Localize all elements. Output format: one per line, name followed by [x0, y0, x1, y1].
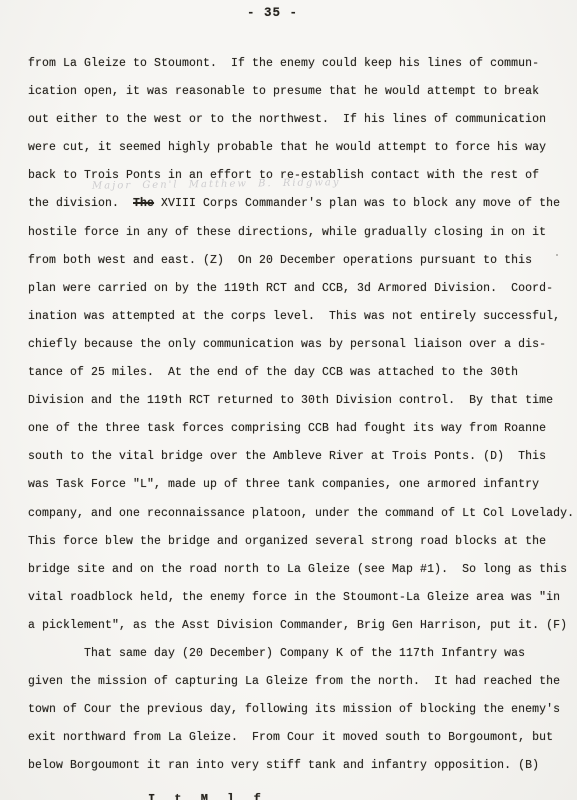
- text-line: ination was attempted at the corps level…: [28, 303, 570, 331]
- document-page: - 35 - Major Gen'l Matthew B. Ridgway fr…: [0, 0, 577, 800]
- text-line: was Task Force "L", made up of three tan…: [28, 471, 570, 499]
- body-text: from La Gleize to Stoumont. If the enemy…: [28, 50, 570, 780]
- line-segment: That same day (20 December) Company K of…: [28, 647, 525, 660]
- line-segment: This force blew the bridge and organized…: [28, 535, 546, 548]
- text-line: company, and one reconnaissance platoon,…: [28, 500, 570, 528]
- text-line: below Borgoumont it ran into very stiff …: [28, 752, 570, 780]
- line-segment: plan were carried on by the 119th RCT an…: [28, 282, 553, 295]
- line-segment: the division.: [28, 197, 133, 210]
- text-line: one of the three task forces comprising …: [28, 415, 570, 443]
- text-line: That same day (20 December) Company K of…: [28, 640, 570, 668]
- line-segment: ication open, it was reasonable to presu…: [28, 85, 539, 98]
- text-line: from La Gleize to Stoumont. If the enemy…: [28, 50, 570, 78]
- line-segment: one of the three task forces comprising …: [28, 422, 546, 435]
- line-segment: vital roadblock held, the enemy force in…: [28, 591, 560, 604]
- line-segment: was Task Force "L", made up of three tan…: [28, 478, 539, 491]
- line-segment: south to the vital bridge over the Amble…: [28, 450, 546, 463]
- text-line: given the mission of capturing La Gleize…: [28, 668, 570, 696]
- line-segment: hostile force in any of these directions…: [28, 226, 546, 239]
- line-segment: from both west and east. (Z) On 20 Decem…: [28, 254, 532, 267]
- text-line: from both west and east. (Z) On 20 Decem…: [28, 247, 570, 275]
- line-segment: tance of 25 miles. At the end of the day…: [28, 366, 518, 379]
- text-line: chiefly because the only communication w…: [28, 331, 570, 359]
- text-line: hostile force in any of these directions…: [28, 219, 570, 247]
- cutoff-line-fragment: I t M l f: [148, 792, 267, 800]
- text-line: a picklement", as the Asst Division Comm…: [28, 612, 570, 640]
- line-segment: from La Gleize to Stoumont. If the enemy…: [28, 57, 539, 70]
- line-segment: below Borgoumont it ran into very stiff …: [28, 759, 539, 772]
- text-line: This force blew the bridge and organized…: [28, 528, 570, 556]
- text-line: were cut, it seemed highly probable that…: [28, 134, 570, 162]
- line-segment: chiefly because the only communication w…: [28, 338, 546, 351]
- text-line: exit northward from La Gleize. From Cour…: [28, 724, 570, 752]
- text-line: out either to the west or to the northwe…: [28, 106, 570, 134]
- text-line: tance of 25 miles. At the end of the day…: [28, 359, 570, 387]
- line-segment: bridge site and on the road north to La …: [28, 563, 567, 576]
- page-number: - 35 -: [0, 6, 561, 20]
- line-segment: were cut, it seemed highly probable that…: [28, 141, 546, 154]
- line-segment: Division and the 119th RCT returned to 3…: [28, 394, 553, 407]
- line-segment: out either to the west or to the northwe…: [28, 113, 546, 126]
- text-line: town of Cour the previous day, following…: [28, 696, 570, 724]
- line-segment: XVIII Corps Commander's plan was to bloc…: [154, 197, 560, 210]
- text-line: south to the vital bridge over the Amble…: [28, 443, 570, 471]
- line-segment: back to Trois Ponts in an effort to re-e…: [28, 169, 539, 182]
- stray-ink-dot: [556, 254, 558, 256]
- text-line: bridge site and on the road north to La …: [28, 556, 570, 584]
- line-segment: exit northward from La Gleize. From Cour…: [28, 731, 553, 744]
- text-line: plan were carried on by the 119th RCT an…: [28, 275, 570, 303]
- struck-word: The: [133, 197, 154, 210]
- line-segment: given the mission of capturing La Gleize…: [28, 675, 560, 688]
- line-segment: town of Cour the previous day, following…: [28, 703, 560, 716]
- text-line: the division. The XVIII Corps Commander'…: [28, 190, 570, 218]
- text-line: ication open, it was reasonable to presu…: [28, 78, 570, 106]
- line-segment: ination was attempted at the corps level…: [28, 310, 560, 323]
- text-line: back to Trois Ponts in an effort to re-e…: [28, 162, 570, 190]
- line-segment: a picklement", as the Asst Division Comm…: [28, 619, 567, 632]
- text-line: vital roadblock held, the enemy force in…: [28, 584, 570, 612]
- line-segment: company, and one reconnaissance platoon,…: [28, 507, 574, 520]
- text-line: Division and the 119th RCT returned to 3…: [28, 387, 570, 415]
